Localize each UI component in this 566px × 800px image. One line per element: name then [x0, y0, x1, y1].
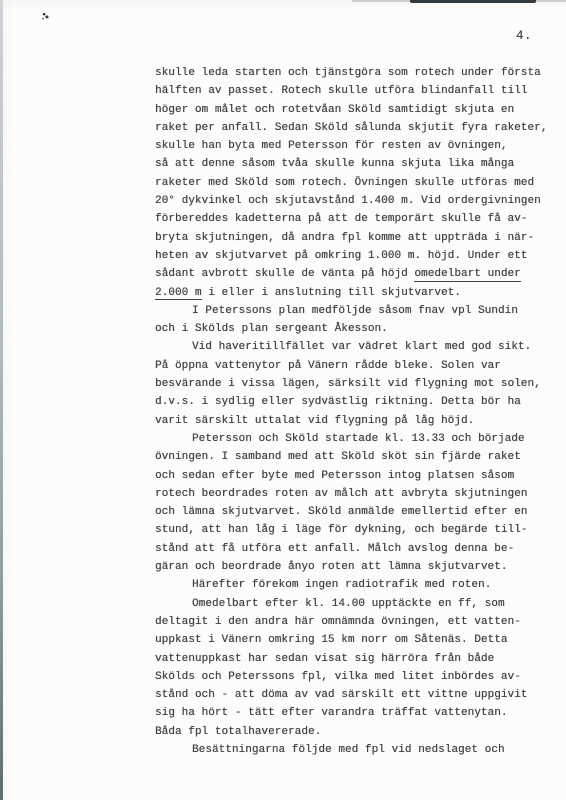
- underlined-text: 2.000 m: [155, 287, 202, 301]
- text-line: och i Skölds plan sergeant Åkesson.: [155, 320, 555, 338]
- text-line: sig ha hört - tätt efter varandra träffa…: [155, 704, 555, 722]
- text-line: raket per anfall. Sedan Sköld sålunda sk…: [155, 119, 555, 137]
- text-run: sådant avbrott skulle de vänta på höjd: [155, 268, 414, 280]
- text-line: 2.000 m i eller i anslutning till skjutv…: [155, 284, 555, 302]
- underlined-text: omedelbart under: [414, 268, 520, 282]
- text-line: besvärande i vissa lägen, särksilt vid f…: [155, 375, 555, 393]
- text-run: Båda fpl totalhavererade.: [155, 726, 321, 738]
- text-line: bryta skjutningen, då andra fpl komme at…: [155, 229, 555, 247]
- text-run: förbereddes kadetterna på att de temporä…: [155, 213, 527, 225]
- text-run: och sedan efter byte med Petersson intog…: [155, 470, 514, 482]
- text-line: skulle han byta med Petersson för resten…: [155, 137, 555, 155]
- text-line: stånd och - att döma av vad särskilt ett…: [155, 686, 555, 704]
- text-line: övningen. I samband med att Sköld sköt s…: [155, 448, 555, 466]
- text-line: Omedelbart efter kl. 14.00 upptäckte en …: [155, 595, 555, 613]
- text-line: så att denne såsom tvåa skulle kunna skj…: [155, 155, 555, 173]
- text-line: hälften av passet. Rotech skulle utföra …: [155, 82, 555, 100]
- text-run: besvärande i vissa lägen, särksilt vid f…: [155, 378, 541, 390]
- page-number: 4.: [516, 29, 532, 43]
- text-run: skulle leda starten och tjänstgöra som r…: [155, 67, 541, 79]
- text-run: så att denne såsom tvåa skulle kunna skj…: [155, 158, 514, 170]
- text-line: Vid haveritillfället var vädret klart me…: [155, 338, 555, 356]
- scan-top-edge-artifact: [410, 0, 536, 3]
- ink-speck: [41, 13, 50, 22]
- text-line: stånd att få utföra ett anfall. Målch av…: [155, 540, 555, 558]
- text-run: Besättningarna följde med fpl vid nedsla…: [192, 744, 505, 756]
- text-run: Petersson och Sköld startade kl. 13.33 o…: [192, 433, 525, 445]
- text-run: 20° dykvinkel och skjutavstånd 1.400 m. …: [155, 195, 541, 207]
- text-run: uppkast i Vänern omkring 15 km norr om S…: [155, 634, 508, 646]
- scanned-document-page: 4. skulle leda starten och tjänstgöra so…: [0, 0, 566, 800]
- text-line: 20° dykvinkel och skjutavstånd 1.400 m. …: [155, 192, 555, 210]
- text-line: deltagit i den andra här omnämnda övning…: [155, 613, 555, 631]
- text-run: stånd att få utföra ett anfall. Målch av…: [155, 543, 514, 555]
- text-run: deltagit i den andra här omnämnda övning…: [155, 616, 521, 628]
- text-line: rotech beordrades roten av målch att avb…: [155, 485, 555, 503]
- text-run: stånd och - att döma av vad särskilt ett…: [155, 689, 527, 701]
- text-line: höger om målet och rotetvåan Sköld samti…: [155, 101, 555, 119]
- text-line: Petersson och Sköld startade kl. 13.33 o…: [155, 430, 555, 448]
- text-run: d.v.s. i sydlig eller sydvästlig riktnin…: [155, 396, 521, 408]
- text-line: vattenuppkast har sedan visat sig härrör…: [155, 650, 555, 668]
- text-line: På öppna vattenytor på Vänern rådde blek…: [155, 357, 555, 375]
- text-run: sig ha hört - tätt efter varandra träffa…: [155, 707, 508, 719]
- text-line: heten av skjutvarvet på omkring 1.000 m.…: [155, 247, 555, 265]
- text-run: hälften av passet. Rotech skulle utföra …: [155, 85, 527, 97]
- text-run: I Peterssons plan medföljde såsom fnav v…: [192, 305, 518, 317]
- text-line: gäran och beordrade ånyo roten att lämna…: [155, 558, 555, 576]
- text-line: raketer med Sköld som rotech. Övningen s…: [155, 174, 555, 192]
- text-line: Skölds och Peterssons fpl, vilka med lit…: [155, 668, 555, 686]
- text-run: raketer med Sköld som rotech. Övningen s…: [155, 177, 534, 189]
- text-run: bryta skjutningen, då andra fpl komme at…: [155, 232, 534, 244]
- text-line: stund, att han låg i läge för dykning, o…: [155, 521, 555, 539]
- document-body: skulle leda starten och tjänstgöra som r…: [155, 64, 555, 759]
- text-line: förbereddes kadetterna på att de temporä…: [155, 210, 555, 228]
- text-run: varit särskilt uttalat vid flygning på l…: [155, 415, 474, 427]
- text-run: rotech beordrades roten av målch att avb…: [155, 488, 527, 500]
- text-line: uppkast i Vänern omkring 15 km norr om S…: [155, 631, 555, 649]
- text-run: heten av skjutvarvet på omkring 1.000 m.…: [155, 250, 527, 262]
- text-run: raket per anfall. Sedan Sköld sålunda sk…: [155, 122, 547, 134]
- text-run: Omedelbart efter kl. 14.00 upptäckte en …: [192, 598, 505, 610]
- text-line: skulle leda starten och tjänstgöra som r…: [155, 64, 555, 82]
- text-run: höger om målet och rotetvåan Sköld samti…: [155, 104, 514, 116]
- text-run: och i Skölds plan sergeant Åkesson.: [155, 323, 388, 335]
- text-run: skulle han byta med Petersson för resten…: [155, 140, 508, 152]
- scan-left-edge-artifact: [0, 0, 3, 800]
- text-run: Härefter förekom ingen radiotrafik med r…: [192, 579, 491, 591]
- text-line: och lämna skjutvarvet. Sköld anmälde eme…: [155, 503, 555, 521]
- text-run: vattenuppkast har sedan visat sig härrör…: [155, 653, 494, 665]
- text-line: Besättningarna följde med fpl vid nedsla…: [155, 741, 555, 759]
- text-run: gäran och beordrade ånyo roten att lämna…: [155, 561, 508, 573]
- text-run: Skölds och Peterssons fpl, vilka med lit…: [155, 671, 521, 683]
- text-run: På öppna vattenytor på Vänern rådde blek…: [155, 360, 501, 372]
- text-run: i eller i anslutning till skjutvarvet.: [202, 287, 461, 299]
- text-line: I Peterssons plan medföljde såsom fnav v…: [155, 302, 555, 320]
- text-line: och sedan efter byte med Petersson intog…: [155, 467, 555, 485]
- text-run: och lämna skjutvarvet. Sköld anmälde eme…: [155, 506, 527, 518]
- text-line: sådant avbrott skulle de vänta på höjd o…: [155, 265, 555, 283]
- text-run: övningen. I samband med att Sköld sköt s…: [155, 451, 521, 463]
- text-line: varit särskilt uttalat vid flygning på l…: [155, 412, 555, 430]
- text-run: stund, att han låg i läge för dykning, o…: [155, 524, 527, 536]
- text-line: d.v.s. i sydlig eller sydvästlig riktnin…: [155, 393, 555, 411]
- text-line: Båda fpl totalhavererade.: [155, 723, 555, 741]
- text-line: Härefter förekom ingen radiotrafik med r…: [155, 576, 555, 594]
- text-run: Vid haveritillfället var vädret klart me…: [192, 341, 531, 353]
